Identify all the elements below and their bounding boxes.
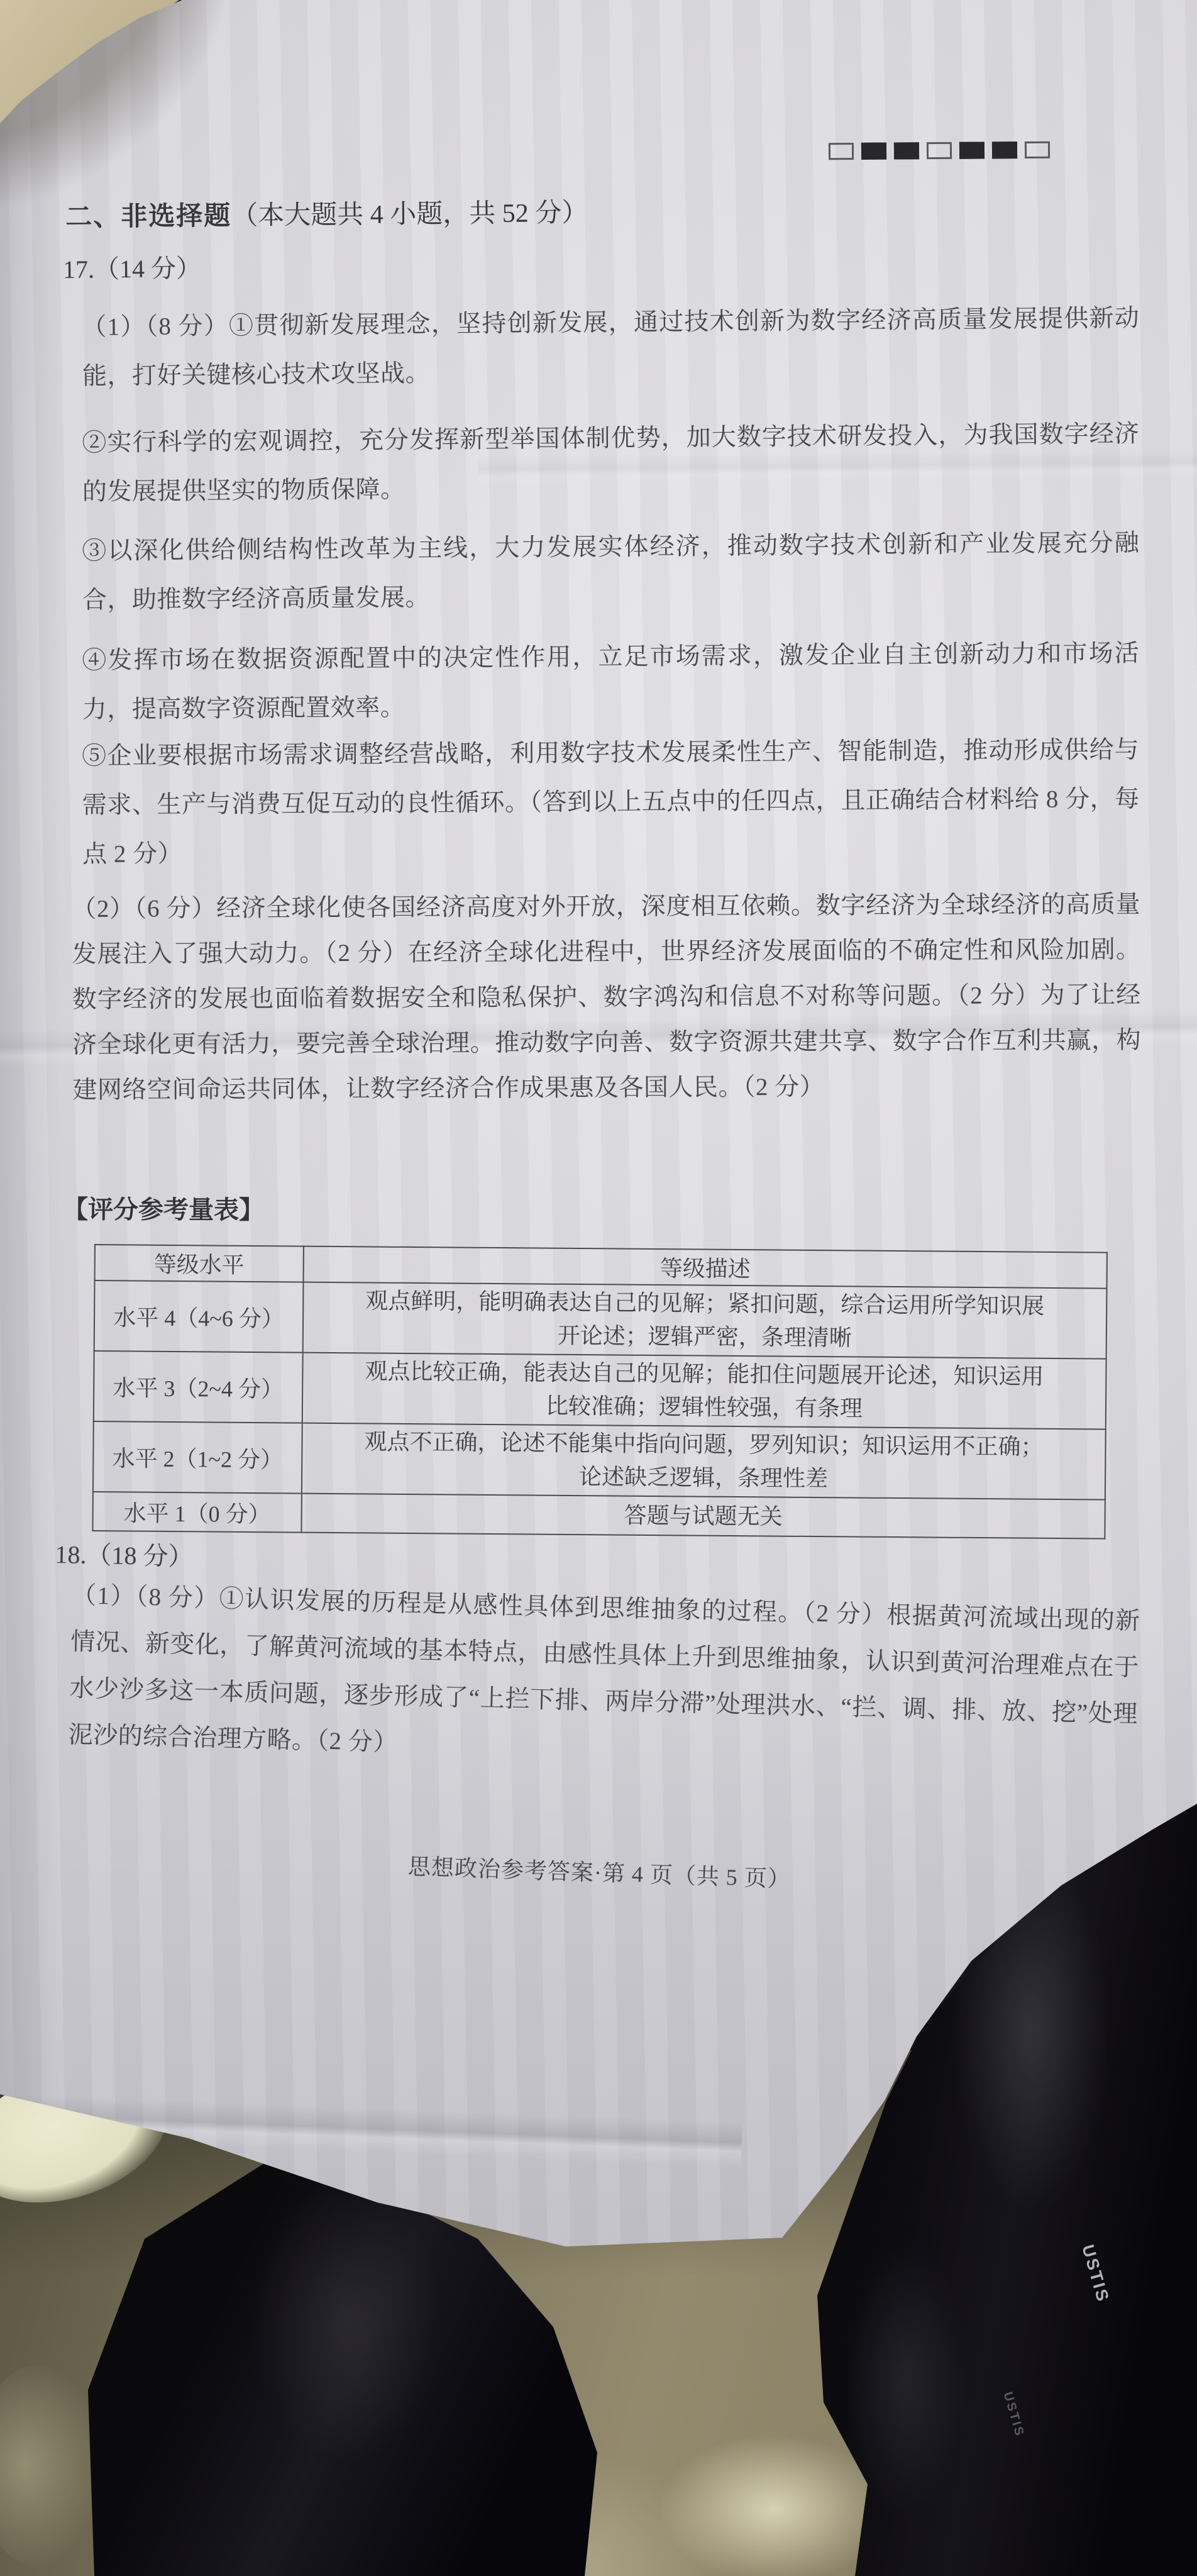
section-note: （本大题共 4 小题，共 52 分）	[231, 199, 588, 231]
table-row: 水平 1（0 分） 答题与试题无关	[92, 1492, 1105, 1539]
level-cell: 水平 2（1~2 分）	[93, 1421, 302, 1494]
filled-mark-icon	[959, 142, 985, 158]
table-row: 水平 4（4~6 分） 观点鲜明，能明确表达自己的见解；紧扣问题，综合运用所学知…	[94, 1280, 1107, 1359]
filled-mark-icon	[861, 143, 886, 160]
table-row: 水平 2（1~2 分） 观点不正确，论述不能集中指向问题，罗列知识；知识运用不正…	[93, 1421, 1106, 1500]
section-header: 二、非选择题（本大题共 4 小题，共 52 分）	[65, 192, 588, 234]
level-cell: 水平 3（2~4 分）	[94, 1351, 303, 1423]
page-footer: 思想政治参考答案·第 4 页（共 5 页）	[407, 1849, 791, 1894]
q17-part2-paragraph: （2）（6 分）经济全球化使各国经济高度对外开放，深度相互依赖。数字经济为全球经…	[72, 882, 1142, 1113]
outline-mark-icon	[1025, 142, 1050, 158]
q17-paragraph-1: （1）（8 分）①贯彻新发展理念，坚持创新发展，通过技术创新为数字经济高质量发展…	[82, 294, 1140, 401]
table-row: 水平 3（2~4 分） 观点比较正确，能表达自己的见解；能扣住问题展开论述，知识…	[94, 1351, 1106, 1430]
registration-marks	[829, 142, 1050, 160]
description-cell: 答题与试题无关	[301, 1494, 1105, 1539]
description-cell: 观点鲜明，能明确表达自己的见解；紧扣问题，综合运用所学知识展 开论述；逻辑严密，…	[303, 1282, 1107, 1359]
q17-paragraph-3: ③以深化供给侧结构性改革为主线，大力发展实体经济，推动数字技术创新和产业发展充分…	[82, 519, 1140, 625]
photo-of-answer-sheet: USTIS USTIS 二、非选择题（本大题共 4 小题，共 52 分） 17.…	[0, 0, 1197, 2576]
question-18-number: 18.（18 分）	[55, 1535, 194, 1573]
section-title: 二、非选择题	[65, 202, 231, 232]
q17-paragraph-2: ②实行科学的宏观调控，充分发挥新型举国体制优势，加大数字技术研发投入，为我国数字…	[82, 409, 1140, 517]
description-cell: 观点比较正确，能表达自己的见解；能扣住问题展开论述，知识运用 比较准确；逻辑性较…	[302, 1353, 1106, 1430]
q18-paragraph-1: （1）（8 分）①认识发展的历程是从感性具体到思维抽象的过程。（2 分）根据黄河…	[68, 1572, 1141, 1784]
level-cell: 水平 1（0 分）	[92, 1492, 301, 1533]
filled-mark-icon	[894, 142, 919, 159]
outline-mark-icon	[829, 143, 854, 160]
q17-paragraph-4: ④发挥市场在数据资源配置中的决定性作用，立足市场需求，激发企业自主创新动力和市场…	[82, 629, 1140, 735]
scoring-table: 等级水平 等级描述 水平 4（4~6 分） 观点鲜明，能明确表达自己的见解；紧扣…	[92, 1244, 1108, 1540]
question-17-number: 17.（14 分）	[63, 248, 201, 286]
description-cell: 观点不正确，论述不能集中指向问题，罗列知识；知识运用不正确； 论述缺乏逻辑，条理…	[302, 1423, 1106, 1500]
q17-paragraph-5: ⑤企业要根据市场需求调整经营战略，利用数字技术发展柔性生产、智能制造，推动形成供…	[82, 726, 1140, 879]
scoring-table-title: 【评分参考量表】	[63, 1189, 264, 1226]
col-header-level: 等级水平	[95, 1245, 304, 1282]
level-cell: 水平 4（4~6 分）	[94, 1280, 304, 1353]
filled-mark-icon	[992, 142, 1017, 158]
outline-mark-icon	[927, 142, 952, 159]
col-header-description: 等级描述	[304, 1246, 1107, 1289]
